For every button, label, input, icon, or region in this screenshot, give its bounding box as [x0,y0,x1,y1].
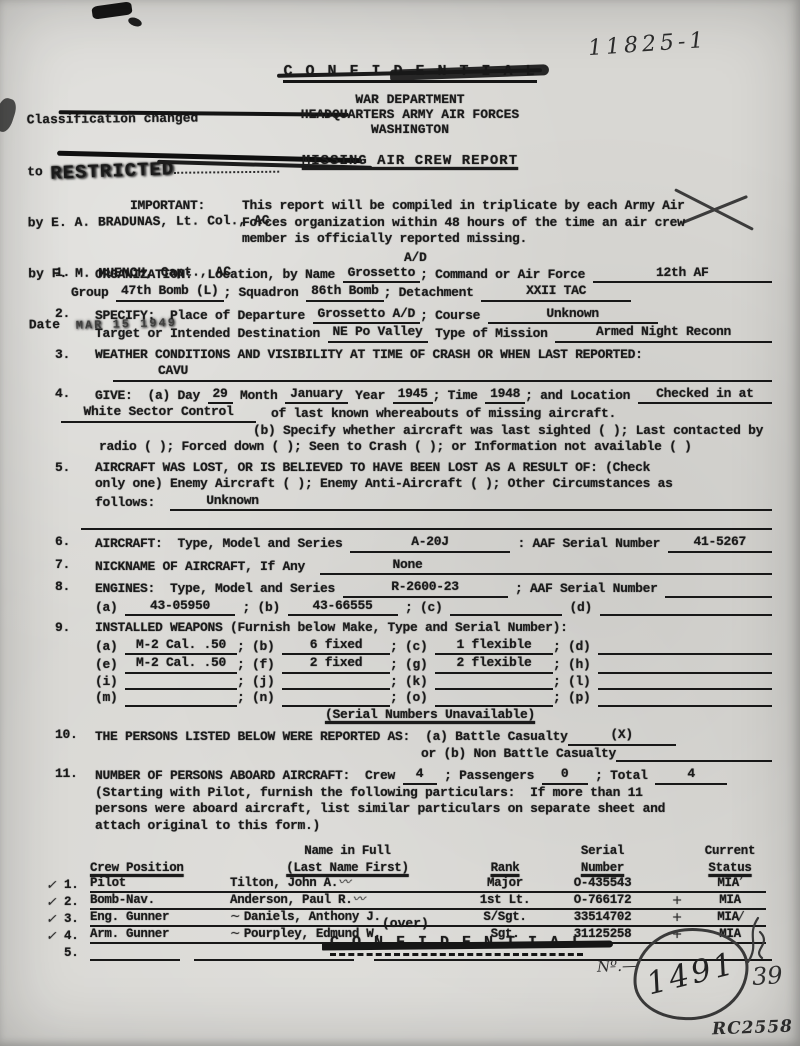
field-label: Crew [365,768,403,785]
pen-squiggle: ’ [739,874,743,889]
field-label: (a) [95,600,125,617]
pen-plus-mark: + [660,892,694,911]
item-heading: NUMBER OF PERSONS ABOARD AIRCRAFT: [95,768,365,785]
field-label: ; Detachment [384,285,482,302]
detachment-value: XXII TAC [481,283,631,302]
blank-fill [598,694,772,707]
engine-serial-a: 43-05950 [125,598,235,617]
confidential-struck: C O N F I D E N T I A L [283,64,536,83]
blank-fill [665,585,772,598]
item-heading: AIRCRAFT WAS LOST, OR IS BELIEVED TO HAV… [95,460,650,477]
form-item-8: 8. ENGINES: Type, Model and Series R-260… [46,579,772,616]
col-header-name: Name in Full [230,843,465,860]
item-heading: ORGANIZATION: [95,267,208,284]
form-item-7: 7. NICKNAME OF AIRCRAFT, If Any None [46,557,772,576]
blank-fill [233,369,772,382]
crew-status-text: MIA [717,910,739,924]
year-value: 1945 [393,386,433,405]
field-label: (Starting with Pilot, furnish the follow… [95,785,643,802]
field-label: ; (h) [553,657,598,674]
field-label: ; (b) [237,639,282,656]
crew-serial: O-435543 [545,875,660,894]
blank-fill [598,661,772,674]
item-number: 7. [46,557,95,576]
form-item-9: 9. INSTALLED WEAPONS (Furnish below Make… [46,620,772,723]
field-label: ; (d) [553,639,598,656]
blank-fill [282,677,390,690]
engine-type-value: R-2600-23 [343,579,508,598]
field-label: attach original to this form.) [95,818,320,835]
form-item-6: 6. AIRCRAFT: Type, Model and Series A-20… [46,534,772,553]
ad-insertion-note: A/D [404,250,772,265]
aircraft-type-value: A-20J [350,534,510,553]
col-header-serial: Serial [545,843,660,860]
squadron-value: 86th Bomb [306,283,384,302]
weapon-count: 2 fixed [282,655,390,674]
blank-fill [282,694,390,707]
scan-artifact [91,1,132,19]
col-header-status2: Status [708,861,751,875]
crew-name-text: Daniels, Anthony J. [244,910,381,924]
field-label: ; (k) [390,674,435,691]
blank-fill [435,694,553,707]
field-label: ; Command or Air Force [420,267,593,284]
nickname-value: None [320,557,495,576]
pen-check-mark: ✓ [46,928,64,945]
field-label: radio ( ); Forced down ( ); Seen to Cras… [99,439,692,456]
location-line1-value: Checked in at [638,386,772,405]
weather-value: CAVU [113,363,233,382]
field-label: ; (c) [398,600,451,617]
register-number-text: 1491 [643,946,740,1003]
crew-row-number: 3. [64,911,90,928]
field-label: only one) Enemy Aircraft ( ); Enemy Anti… [95,476,673,493]
field-label: persons were aboard aircraft, list simil… [95,801,665,818]
crew-row-number: 1. [64,877,90,894]
blank-fill [495,562,772,575]
field-label: (a) Day [148,388,208,405]
field-label: ; Time [433,388,486,405]
weapon-make: M-2 Cal. .50 [125,655,237,674]
field-label: (a) Battle Casualty [425,729,568,746]
form-item-4: 4. GIVE: (a) Day 29 Month January Year 1… [46,386,772,456]
blank-fill [616,749,772,762]
aaf-serial-value: 41-5267 [668,534,772,553]
weapon-count: 2 flexible [435,655,553,674]
col-header-serial2: Number [581,861,624,875]
blank-fill [295,498,772,511]
field-label: ; (c) [390,639,435,656]
blank-fill [598,642,772,655]
item-number: 10. [46,727,95,762]
pen-squiggle: ~ [230,925,244,940]
number-label: Nº.— [597,956,638,975]
departure-value: Grossetto A/D [313,306,421,325]
course-value: Unknown [488,306,658,325]
blank-fill [435,677,553,690]
document-header: C O N F I D E N T I A L WAR DEPARTMENT H… [10,64,800,169]
crew-row-number: 2. [64,894,90,911]
blank-fill [125,677,237,690]
blank-fill [450,603,562,616]
field-label: Month [233,388,286,405]
crew-rank: S/Sgt. [465,909,545,928]
item-number: 8. [46,579,95,616]
crew-status-text: MIA [719,893,741,907]
field-label: Group [71,285,116,302]
field-label: ; (g) [390,657,435,674]
group-value: 47th Bomb (L) [116,283,224,302]
time-value: 1948 [485,386,525,405]
total-count-value: 4 [655,766,727,785]
blank-fill [194,959,354,961]
form-body: IMPORTANT: This report will be compiled … [46,198,772,961]
item-number: 3. [46,347,95,382]
field-label: Year [348,388,393,405]
form-item-1: 1. ORGANIZATION: Location, by Name Gross… [46,265,772,302]
item-heading: NICKNAME OF AIRCRAFT, If Any [95,559,320,576]
form-item-2: 2. SPECIFY: Place of Departure Grossetto… [46,306,772,343]
crew-status-text: MIA [717,876,739,890]
crew-serial: 33514702 [545,909,660,928]
crew-count-value: 4 [403,766,437,785]
field-label: Location, by Name [208,267,343,284]
handwritten-scribble [738,914,784,966]
header-line: WASHINGTON [10,122,800,137]
pen-check-mark: ✓ [46,894,64,911]
crew-position: Pilot [90,875,230,894]
field-label: ; (b) [235,600,288,617]
important-label: IMPORTANT: [130,198,242,248]
scanned-document-page: 11825-1 Classification changed to RESTRI… [0,0,800,1046]
passenger-count-value: 0 [542,766,588,785]
field-label: Type, Model and Series [178,536,351,553]
field-label: Target or Intended Destination [95,326,328,343]
over-note: (over) [382,916,429,931]
field-label: (d) [562,600,600,617]
scan-artifact [127,16,143,28]
field-label: Type of Mission [428,326,556,343]
col-header-position: Crew Position [90,861,184,875]
pen-plus-mark: + [660,909,694,928]
pen-squiggle: 〰 [352,891,364,906]
field-label: ; AAF Serial Number [508,581,666,598]
mission-value: Armed Night Reconn [555,324,772,343]
crew-position: Arm. Gunner [90,926,230,945]
item-heading: THE PERSONS LISTED BELOW WERE REPORTED A… [95,729,425,746]
form-item-10: 10. THE PERSONS LISTED BELOW WERE REPORT… [46,727,772,762]
item-number: 2. [46,306,95,343]
crew-name-text: Tilton, John A. [230,876,338,890]
field-label: ; and Location [525,388,638,405]
field-label: or (b) Non Battle Casualty [421,746,616,763]
handwritten-page-number: 39 [751,961,783,991]
form-item-3: 3. WEATHER CONDITIONS AND VISIBILITY AT … [46,347,772,382]
field-label: Place of Departure [170,308,313,325]
battle-casualty-value: (X) [568,727,676,746]
item-number: 9. [46,620,95,723]
air-force-value: 12th AF [593,265,772,284]
field-label: Type, Model and Series [170,581,343,598]
crew-position: Bomb-Nav. [90,892,230,911]
header-line: HEADQUARTERS ARMY AIR FORCES [10,107,800,122]
page-title: MISSING AIR CREW REPORT [302,154,518,169]
engine-serial-b: 43-66555 [288,598,398,617]
month-value: January [285,386,348,405]
field-label: ; (o) [390,690,435,707]
field-label: ; (j) [237,674,282,691]
item-heading: AIRCRAFT: [95,536,178,553]
item-number: 11. [46,766,95,834]
item-heading: WEATHER CONDITIONS AND VISIBILITY AT TIM… [95,347,643,364]
crew-rank: Major [465,875,545,894]
field-label: : AAF Serial Number [510,536,668,553]
day-value: 29 [208,386,233,405]
field-label: ; (p) [553,690,598,707]
important-note: IMPORTANT: This report will be compiled … [130,198,772,248]
item-number: 6. [46,534,95,553]
field-label: ; (n) [237,690,282,707]
handwritten-macr-number: 11825-1 [587,28,708,61]
crew-position: Eng. Gunner [90,909,230,928]
destination-value: NE Po Valley [328,324,428,343]
field-label: ; (l) [553,674,598,691]
corner-code: RC2558 [712,1017,794,1040]
field-label: of last known whereabouts of missing air… [256,406,616,423]
crew-serial: O-766172 [545,892,660,911]
item-heading: GIVE: [95,388,148,405]
weapon-count: 6 fixed [282,637,390,656]
blank-fill [81,517,772,530]
crew-row-number: 4. [64,928,90,945]
blank-fill [90,959,180,961]
field-label: ; (f) [237,657,282,674]
important-text: This report will be compiled in triplica… [242,198,712,248]
field-label: ; Passengers [437,768,542,785]
weapon-make: M-2 Cal. .50 [125,637,237,656]
field-label: (b) Specify whether aircraft was last si… [253,423,763,440]
weapon-count: 1 flexible [435,637,553,656]
serials-unavailable-note: (Serial Numbers Unavailable) [325,707,535,724]
form-item-5: 5. AIRCRAFT WAS LOST, OR IS BELIEVED TO … [46,460,772,531]
pen-check-mark: ✓ [46,911,64,928]
item-heading: SPECIFY: [95,308,170,325]
crew-rank: 1st Lt. [465,892,545,911]
col-header-status: Current [694,843,766,860]
blank-fill [598,677,772,690]
form-item-11: 11. NUMBER OF PERSONS ABOARD AIRCRAFT: C… [46,766,772,834]
crew-name-text: Anderson, Paul R. [230,893,352,907]
item-heading: INSTALLED WEAPONS (Furnish below Make, T… [95,620,568,637]
field-label: ; Total [588,768,656,785]
item-heading: ENGINES: [95,581,170,598]
crew-row-number: 5. [64,945,90,962]
field-label: ; Course [420,308,488,325]
blank-fill [125,694,237,707]
field-label: (e) [95,657,125,674]
col-header-name2: (Last Name First) [286,861,408,875]
pen-squiggle: ~ [230,908,244,923]
pen-check-mark: ✓ [46,877,64,894]
field-label: (m) [95,690,125,707]
table-header-row-1: Name in Full Serial Current [46,842,772,859]
col-header-rank: Rank [491,861,520,875]
blank-fill [600,603,772,616]
pen-squiggle: 〰 [338,874,350,889]
header-line: WAR DEPARTMENT [10,92,800,107]
field-label: (a) [95,639,125,656]
field-label: ; Squadron [224,285,307,302]
location-line2-value: White Sector Control [61,404,256,423]
location-value: Grossetto [343,265,421,284]
field-label: (i) [95,674,125,691]
confidential-struck-bottom: C O N F I D E N T I A L [330,934,583,956]
field-label: follows: [95,495,170,512]
circumstances-value: Unknown [170,493,295,512]
